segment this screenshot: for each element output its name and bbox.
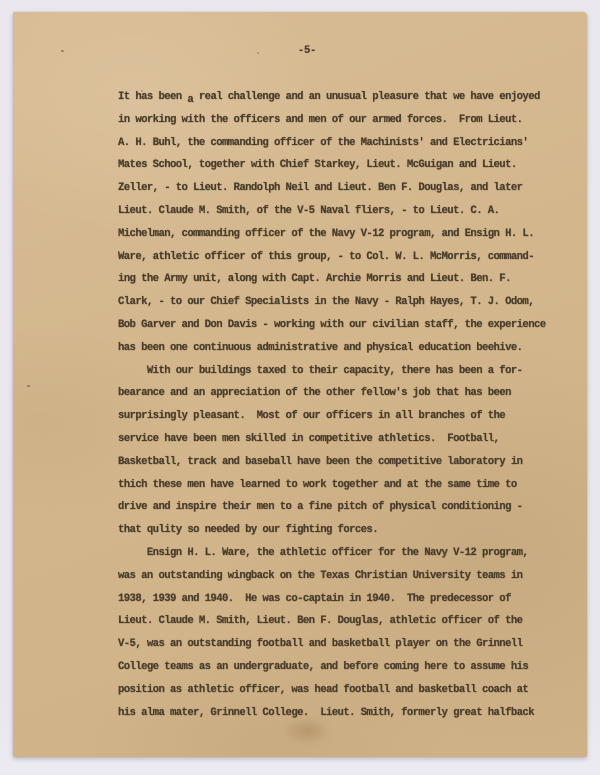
typed-line: It has been a real challenge and an unus… bbox=[118, 86, 568, 109]
document-page: -5- It has been a real challenge and an … bbox=[13, 12, 587, 757]
paper-speck bbox=[257, 52, 259, 54]
typed-line: Ware, athletic officer of this group, - … bbox=[118, 246, 568, 269]
page-number: -5- bbox=[20, 45, 594, 57]
typed-line: position as athletic officer, was head f… bbox=[118, 679, 568, 702]
typed-line: service have been men skilled in competi… bbox=[118, 428, 568, 451]
dropped-typebar-char: a bbox=[187, 94, 193, 106]
typed-line: his alma mater, Grinnell College. Lieut.… bbox=[118, 702, 568, 725]
typed-line: Bob Garver and Don Davis - working with … bbox=[118, 314, 568, 337]
typed-line: bearance and an appreciation of the othe… bbox=[118, 382, 568, 405]
typed-line: Michelman, commanding officer of the Nav… bbox=[118, 223, 568, 246]
typed-line: that qulity so needed by our fighting fo… bbox=[118, 519, 568, 542]
typed-line: With our buildings taxed to their capaci… bbox=[118, 360, 568, 383]
typed-line: Ensign H. L. Ware, the athletic officer … bbox=[118, 542, 568, 565]
typed-line: surprisingly pleasant. Most of our offic… bbox=[118, 405, 568, 428]
typed-line: Zeller, - to Lieut. Randolph Neil and Li… bbox=[118, 177, 568, 200]
typed-line: Clark, - to our Chief Specialists in the… bbox=[118, 291, 568, 314]
scan-background: { "document": { "page_number": "-5-", "f… bbox=[0, 0, 600, 775]
typed-line: was an outstanding wingback on the Texas… bbox=[118, 565, 568, 588]
typed-line: Lieut. Claude M. Smith, Lieut. Ben F. Do… bbox=[118, 610, 568, 633]
typed-line: A. H. Buhl, the commanding officer of th… bbox=[118, 132, 568, 155]
typed-line: drive and inspire their men to a fine pi… bbox=[118, 496, 568, 519]
typed-line: ing the Army unit, along with Capt. Arch… bbox=[118, 268, 568, 291]
typed-text-block: It has been a real challenge and an unus… bbox=[118, 86, 568, 724]
paper-speck bbox=[141, 90, 143, 92]
typed-line: in working with the officers and men of … bbox=[118, 109, 568, 132]
typed-line: College teams as an undergraduate, and b… bbox=[118, 656, 568, 679]
typed-line: thich these men have learned to work tog… bbox=[118, 474, 568, 497]
paper-speck bbox=[27, 385, 30, 387]
paper-smudge bbox=[285, 718, 329, 744]
typed-line: Basketball, track and baseball have been… bbox=[118, 451, 568, 474]
typed-line: V-5, was an outstanding football and bas… bbox=[118, 633, 568, 656]
typed-line: 1938, 1939 and 1940. He was co-captain i… bbox=[118, 588, 568, 611]
typed-line: Mates School, together with Chief Starke… bbox=[118, 154, 568, 177]
typed-line: has been one continuous administrative a… bbox=[118, 337, 568, 360]
typed-line: Lieut. Claude M. Smith, of the V-5 Naval… bbox=[118, 200, 568, 223]
